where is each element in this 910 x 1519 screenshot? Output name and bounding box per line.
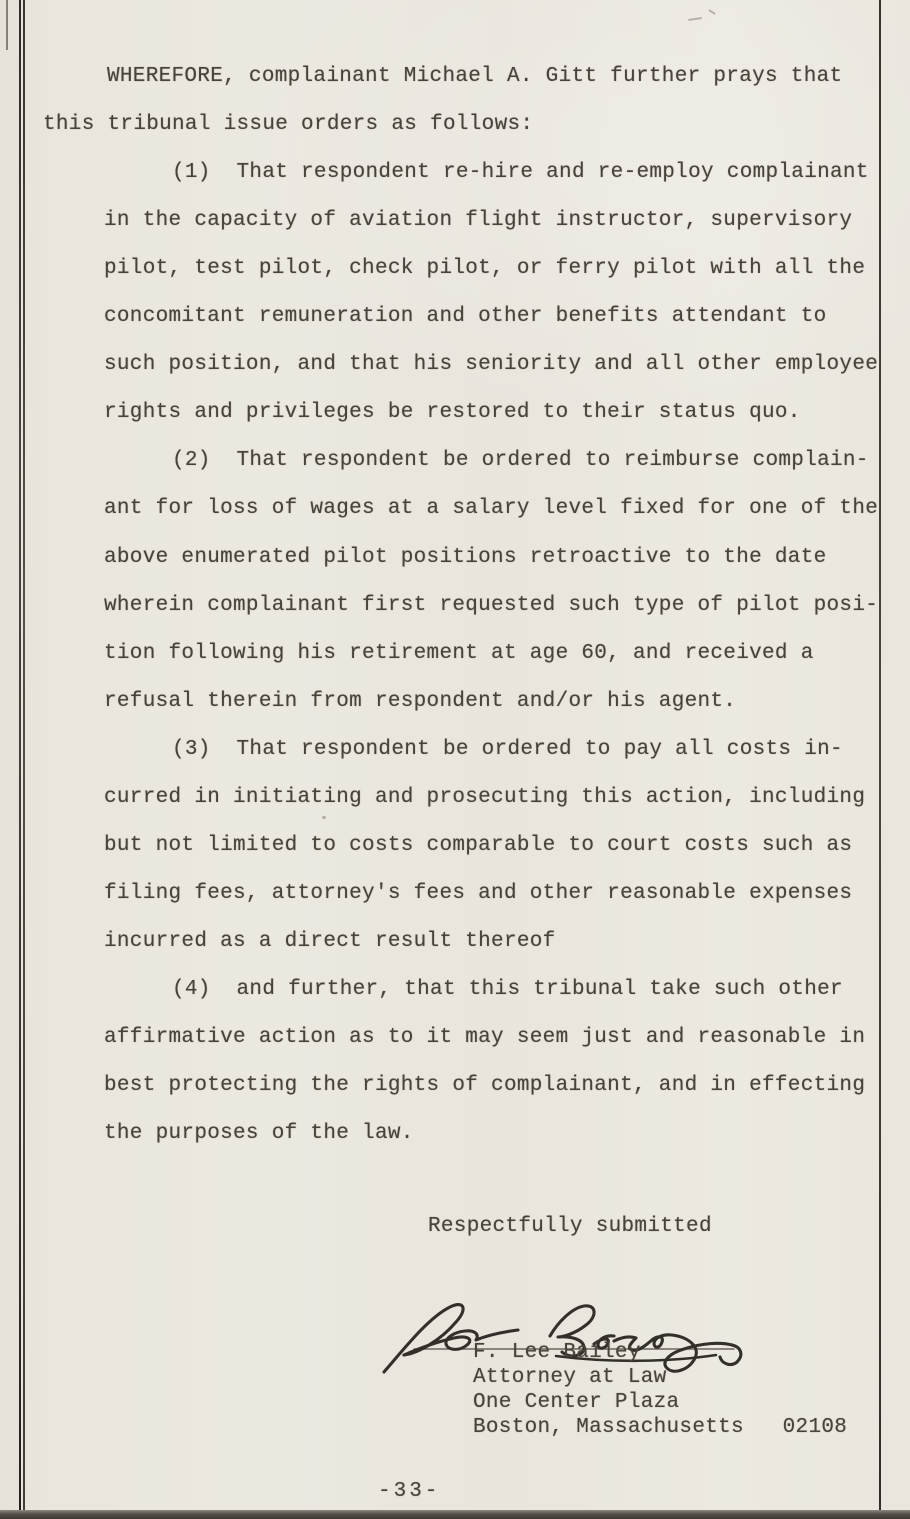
signer-address: One Center Plaza [473,1391,679,1415]
text-line: (3) That respondent be ordered to pay al… [172,738,843,762]
text-line: WHEREFORE, complainant Michael A. Gitt f… [107,65,842,89]
text-line: (4) and further, that this tribunal take… [172,978,843,1002]
left-edge-stub-rule [6,0,8,50]
text-line: the purposes of the law. [104,1122,414,1146]
scan-bottom-strip [0,1510,910,1519]
closing-line: Respectfully submitted [428,1215,712,1239]
text-line: incurred as a direct result thereof [104,930,556,954]
signer-city-zip: Boston, Massachusetts 02108 [473,1416,847,1440]
text-line: wherein complainant first requested such… [104,594,878,618]
text-line: rights and privileges be restored to the… [104,401,801,425]
page-number: -33- [378,1480,440,1504]
text-line: but not limited to costs comparable to c… [104,834,852,858]
text-line: affirmative action as to it may seem jus… [104,1026,865,1050]
text-line: in the capacity of aviation flight instr… [104,209,852,233]
text-line: curred in initiating and prosecuting thi… [104,786,865,810]
text-line: refusal therein from respondent and/or h… [104,690,736,714]
text-line: best protecting the rights of complainan… [104,1074,865,1098]
signer-name: F. Lee Bailey [473,1341,641,1365]
text-line: this tribunal issue orders as follows: [43,113,533,137]
document-page: WHEREFORE, complainant Michael A. Gitt f… [0,0,910,1519]
paper-speck [322,816,326,819]
text-line: above enumerated pilot positions retroac… [104,546,827,570]
text-line: concomitant remuneration and other benef… [104,305,827,329]
text-line: pilot, test pilot, check pilot, or ferry… [104,257,865,281]
text-line: tion following his retirement at age 60,… [104,642,814,666]
text-line: (1) That respondent re-hire and re-emplo… [172,161,869,185]
pencil-mark [708,9,716,15]
right-edge-rule [879,0,881,1510]
text-line: such position, and that his seniority an… [104,353,878,377]
pencil-mark [688,17,702,21]
text-line: (2) That respondent be ordered to reimbu… [172,449,869,473]
text-line: filing fees, attorney's fees and other r… [104,882,852,906]
text-line: ant for loss of wages at a salary level … [104,497,878,521]
signer-title: Attorney at Law [473,1366,667,1390]
left-binding-rule-outer [19,0,21,1510]
left-binding-rule-inner [23,0,25,1510]
